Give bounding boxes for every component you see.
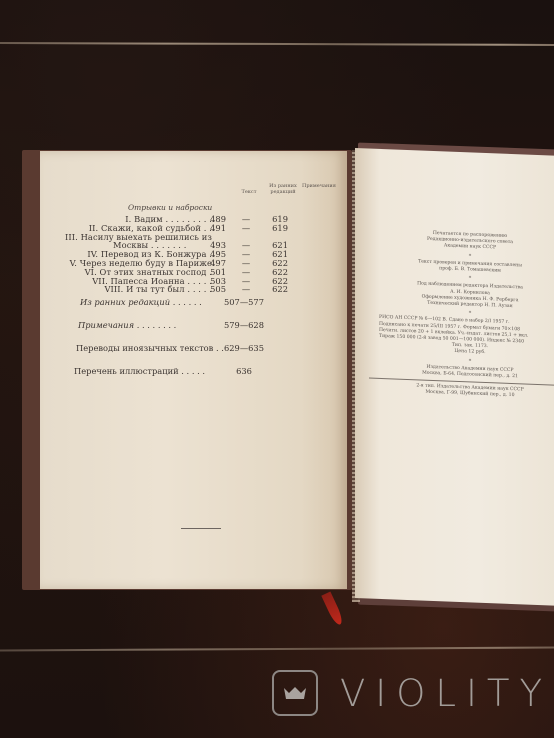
end-rule [181,528,221,529]
table-of-contents-page: Текст Из ранних редакций Примечания Отры… [40,151,347,589]
colophon-page: Печатается по распоряжениюРедакционно-из… [355,148,554,606]
toc-entry-title: VIII. И ты тут был . . . . . [104,285,212,294]
toc-section-title: Отрывки и наброски [128,203,212,212]
toc-entry-notes-page: 622 [264,285,288,294]
toc-section-pages: 579—628 [214,319,274,331]
toc-section-title: Переводы иноязычных текстов . . [76,342,224,354]
toc-section: Перечень иллюстраций . . . . .636 [40,365,347,377]
toc-section: Переводы иноязычных текстов . .629—635 [40,342,347,354]
toc-entry-early-page: — [236,285,256,294]
column-header-early-editions: Из ранних редакций [268,183,298,195]
watermark-logo [272,670,318,716]
toc-entry: VIII. И ты тут был . . . . .505—622 [40,285,347,294]
colophon-imprint: Печатается по распоряжениюРедакционно-из… [375,229,554,402]
column-header-notes: Примечания [302,183,332,189]
toc-section-pages: 629—635 [214,342,274,354]
watermark-brand: VIOLITY [340,672,552,715]
toc-entry-notes-page: 619 [264,224,288,233]
toc-section: Из ранних редакций . . . . . .507—577 [40,296,347,308]
toc-entry: III. Насилу выехать решились из [40,233,347,242]
toc-entries: I. Вадим . . . . . . . . .489—619II. Ска… [40,215,347,294]
toc-section-pages: 507—577 [214,296,274,308]
toc-section: Примечания . . . . . . . .579—628 [40,319,347,331]
toc-section-title: Перечень иллюстраций . . . . . [74,365,205,377]
toc-section-title: Из ранних редакций . . . . . . [80,296,202,308]
column-header-text: Текст [234,189,264,195]
crown-icon [283,686,307,700]
toc-entry-text-page: 505 [202,285,226,294]
watermark: VIOLITY [272,668,552,718]
toc-entry-early-page: — [236,224,256,233]
toc-section-pages: 636 [214,365,274,377]
toc-section-title: Примечания . . . . . . . . [78,319,176,331]
